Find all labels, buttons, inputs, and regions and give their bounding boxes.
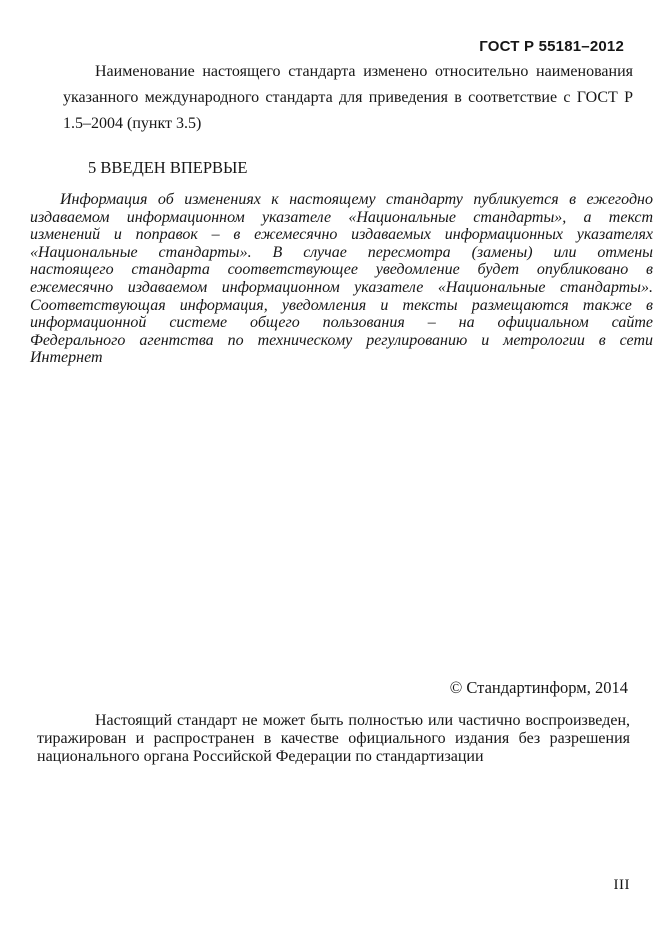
text-line: Федерального агентства по техническому р… bbox=[30, 332, 653, 350]
clause-introduced-first: 5 ВВЕДЕН ВПЕРВЫЕ bbox=[88, 158, 248, 178]
text-line: тиражирован и распространен в качестве о… bbox=[37, 730, 630, 748]
text-line: Настоящий стандарт не может быть полност… bbox=[37, 712, 630, 730]
text-line: информационной системе общего пользовани… bbox=[30, 314, 653, 332]
paragraph-info-availability: Информация об изменениях к настоящему ст… bbox=[30, 191, 653, 367]
text-line: Соответствующая информация, уведомления … bbox=[30, 297, 653, 315]
text-line: Наименование настоящего стандарта измене… bbox=[63, 59, 633, 85]
paragraph-amendment-note: Наименование настоящего стандарта измене… bbox=[63, 59, 633, 136]
document-page: ГОСТ Р 55181–2012 Наименование настоящег… bbox=[0, 0, 661, 935]
page-number: III bbox=[614, 877, 631, 894]
text-line: изменений и поправок – в ежемесячно изда… bbox=[30, 226, 653, 244]
text-line: указанного международного стандарта для … bbox=[63, 85, 633, 111]
text-line: Информация об изменениях к настоящему ст… bbox=[30, 191, 653, 209]
text-line: ежемесячно издаваемом информационном ука… bbox=[30, 279, 653, 297]
paragraph-reproduction-restriction: Настоящий стандарт не может быть полност… bbox=[37, 712, 630, 767]
copyright-line: © Стандартинформ, 2014 bbox=[450, 678, 628, 698]
text-line: национального органа Российской Федераци… bbox=[37, 748, 630, 766]
text-line: «Национальные стандарты». В случае перес… bbox=[30, 244, 653, 262]
text-line: издаваемом информационном указателе «Нац… bbox=[30, 209, 653, 227]
doc-number-header: ГОСТ Р 55181–2012 bbox=[479, 38, 624, 55]
text-line: Интернет bbox=[30, 349, 653, 367]
text-line: настоящего стандарта соответствующее уве… bbox=[30, 261, 653, 279]
text-line: 1.5–2004 (пункт 3.5) bbox=[63, 111, 633, 137]
